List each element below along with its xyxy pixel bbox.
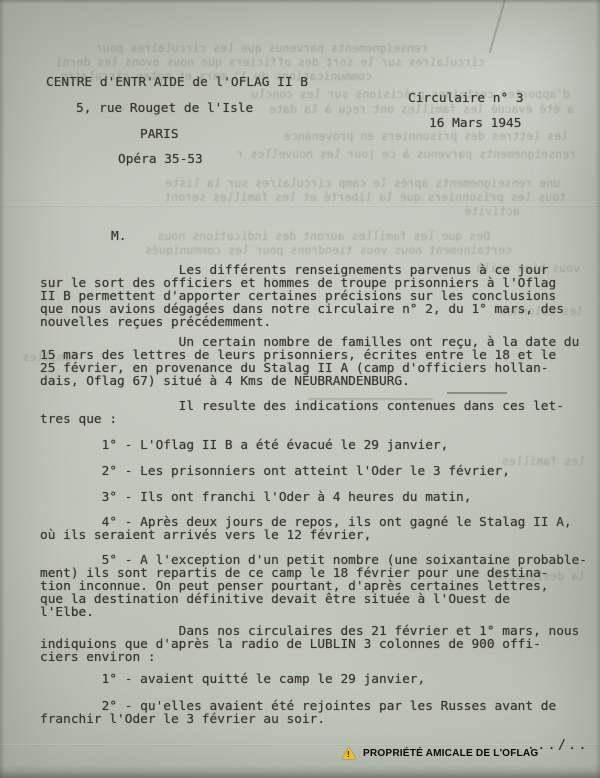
scratch-mark: [489, 0, 507, 53]
letterhead-city: PARIS: [140, 129, 179, 142]
scan-edge: [595, 0, 600, 778]
list-item-5: 5° - A l'exception d'un petit nombre (un…: [40, 555, 587, 620]
list-item-radio-2: 2° - qu'elles avaient été rejointes par …: [40, 701, 556, 727]
letterhead-address: 5, rue Rouget de l'Isle: [76, 103, 253, 116]
scan-edge: [0, 0, 5, 778]
scan-edge: [0, 765, 600, 778]
warning-triangle-icon: [342, 747, 356, 759]
fold-crease: [0, 205, 600, 207]
fold-crease: [0, 744, 600, 746]
circular-date: 16 Mars 1945: [429, 118, 521, 131]
circular-number: Circulaire n° 3: [408, 93, 524, 106]
list-item-4: 4° - Après deux jours de repos, ils ont …: [40, 517, 572, 543]
ghost-text-line: circulaires sur le sort des officiers qu…: [55, 56, 485, 68]
ghost-text-line: les lettres des prisonniers en provenanc…: [268, 130, 568, 142]
watermark: PROPRIÉTÉ AMICALE DE L'OFLAG: [342, 747, 546, 759]
ghost-text-line: certainement nous vous tiendrons pour le…: [142, 244, 512, 256]
paragraph-lublin: Dans nos circulaires des 21 février et 1…: [40, 626, 579, 665]
paragraph-indications: Il resulte des indications contenues dan…: [40, 401, 564, 427]
list-item-2: 2° - Les prisonniers ont atteint l'Oder …: [40, 466, 510, 479]
list-item-3: 3° - Ils ont franchi l'Oder à 4 heures d…: [40, 492, 471, 505]
letterhead-phone: Opéra 35-53: [118, 154, 203, 167]
letterhead-organization: CENTRE d'ENTR'AIDE de l'OFLAG II B: [46, 77, 308, 90]
list-item-radio-1: 1° - avaient quitté le camp le 29 janvie…: [40, 674, 425, 687]
paragraph-intro: Les différents renseignements parvenus à…: [40, 265, 564, 330]
scan-edge: [0, 0, 600, 4]
watermark-label: PROPRIÉTÉ AMICALE DE L'OFLAG: [363, 747, 538, 759]
document-page: renseignements parvenus que les circulai…: [0, 0, 600, 778]
ghost-text-line: renseignements parvenus que les circulai…: [68, 42, 428, 54]
typed-underline-mark: [447, 392, 507, 394]
paragraph-families: Un certain nombre de familles ont reçu, …: [40, 337, 579, 389]
ghost-text-line: tous les prisonniers que la liberté et l…: [46, 191, 566, 203]
ghost-text-line: une renseignements après le camp circula…: [60, 177, 560, 189]
ghost-text-line: activité: [430, 205, 520, 217]
list-item-1: 1° - L'Oflag II B a été évacué le 29 jan…: [40, 440, 448, 453]
salutation: M.: [111, 231, 126, 244]
ghost-text-line: les familles: [500, 455, 585, 467]
ghost-text-line: Des que les familles auront des indicati…: [150, 230, 490, 242]
ghost-text-line: renseignements parvenus à ce jour les no…: [236, 148, 576, 160]
